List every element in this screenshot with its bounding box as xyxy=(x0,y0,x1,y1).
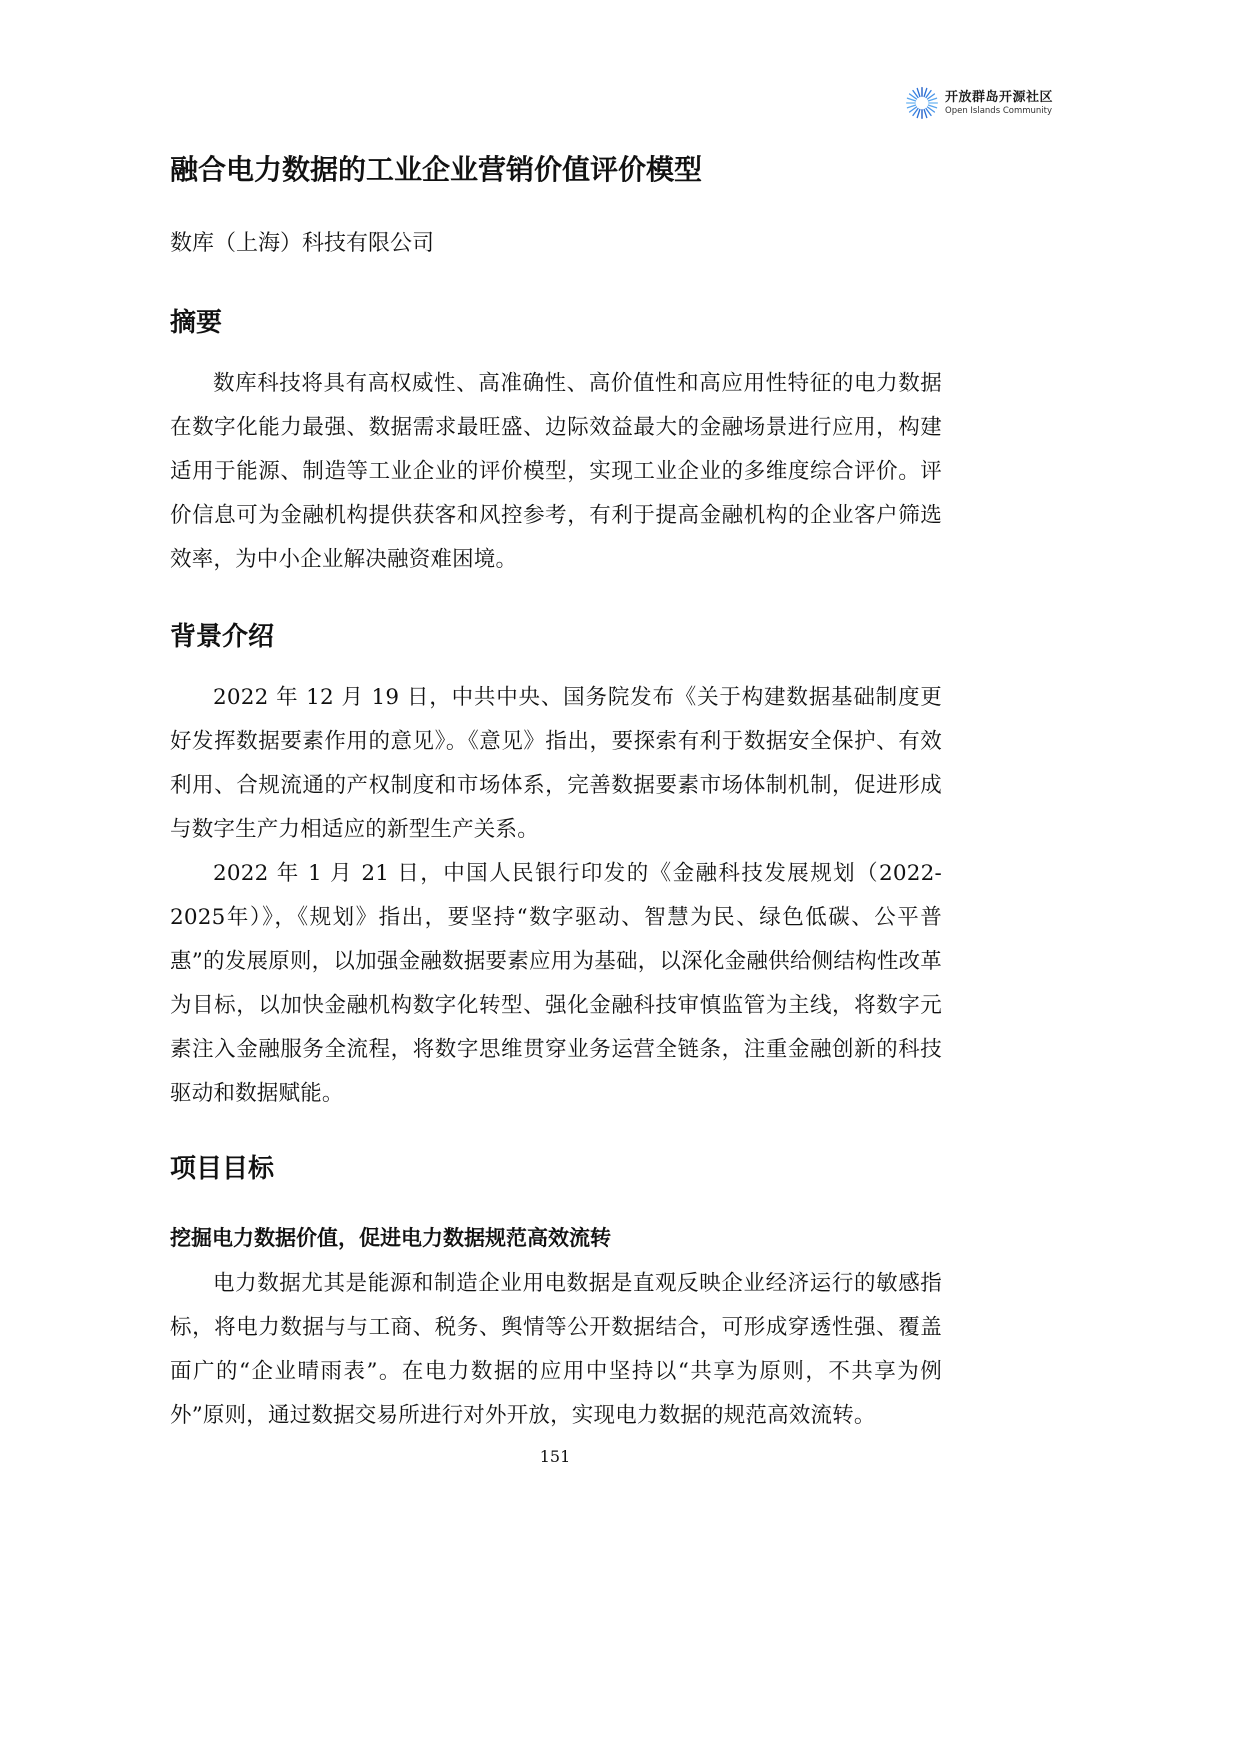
logo-en-label: Open Islands Community xyxy=(945,107,1053,116)
goals-paragraph: 电力数据尤其是能源和制造企业用电数据是直观反映企业经济运行的敏感指标，将电力数据… xyxy=(170,1262,942,1438)
open-islands-sunburst-icon xyxy=(905,86,939,120)
section-heading-background: 背景介绍 xyxy=(170,616,274,653)
page-number: 151 xyxy=(0,1447,1110,1466)
section-heading-goals: 项目目标 xyxy=(170,1148,274,1185)
organization-name: 数库（上海）科技有限公司 xyxy=(170,226,434,257)
subsection-heading-power-data: 挖掘电力数据价值，促进电力数据规范高效流转 xyxy=(170,1222,611,1252)
section-heading-abstract: 摘要 xyxy=(170,302,222,339)
logo-cn-label: 开放群岛开源社区 xyxy=(945,91,1053,104)
background-paragraph-1: 2022 年 12 月 19 日，中共中央、国务院发布《关于构建数据基础制度更好… xyxy=(170,676,942,852)
logo-text: 开放群岛开源社区 Open Islands Community xyxy=(945,91,1053,116)
background-paragraph-2: 2022 年 1 月 21 日，中国人民银行印发的《金融科技发展规划（2022-… xyxy=(170,852,942,1116)
header-logo: 开放群岛开源社区 Open Islands Community xyxy=(905,86,1053,120)
document-title: 融合电力数据的工业企业营销价值评价模型 xyxy=(170,148,702,188)
abstract-paragraph: 数库科技将具有高权威性、高准确性、高价值性和高应用性特征的电力数据在数字化能力最… xyxy=(170,362,942,582)
